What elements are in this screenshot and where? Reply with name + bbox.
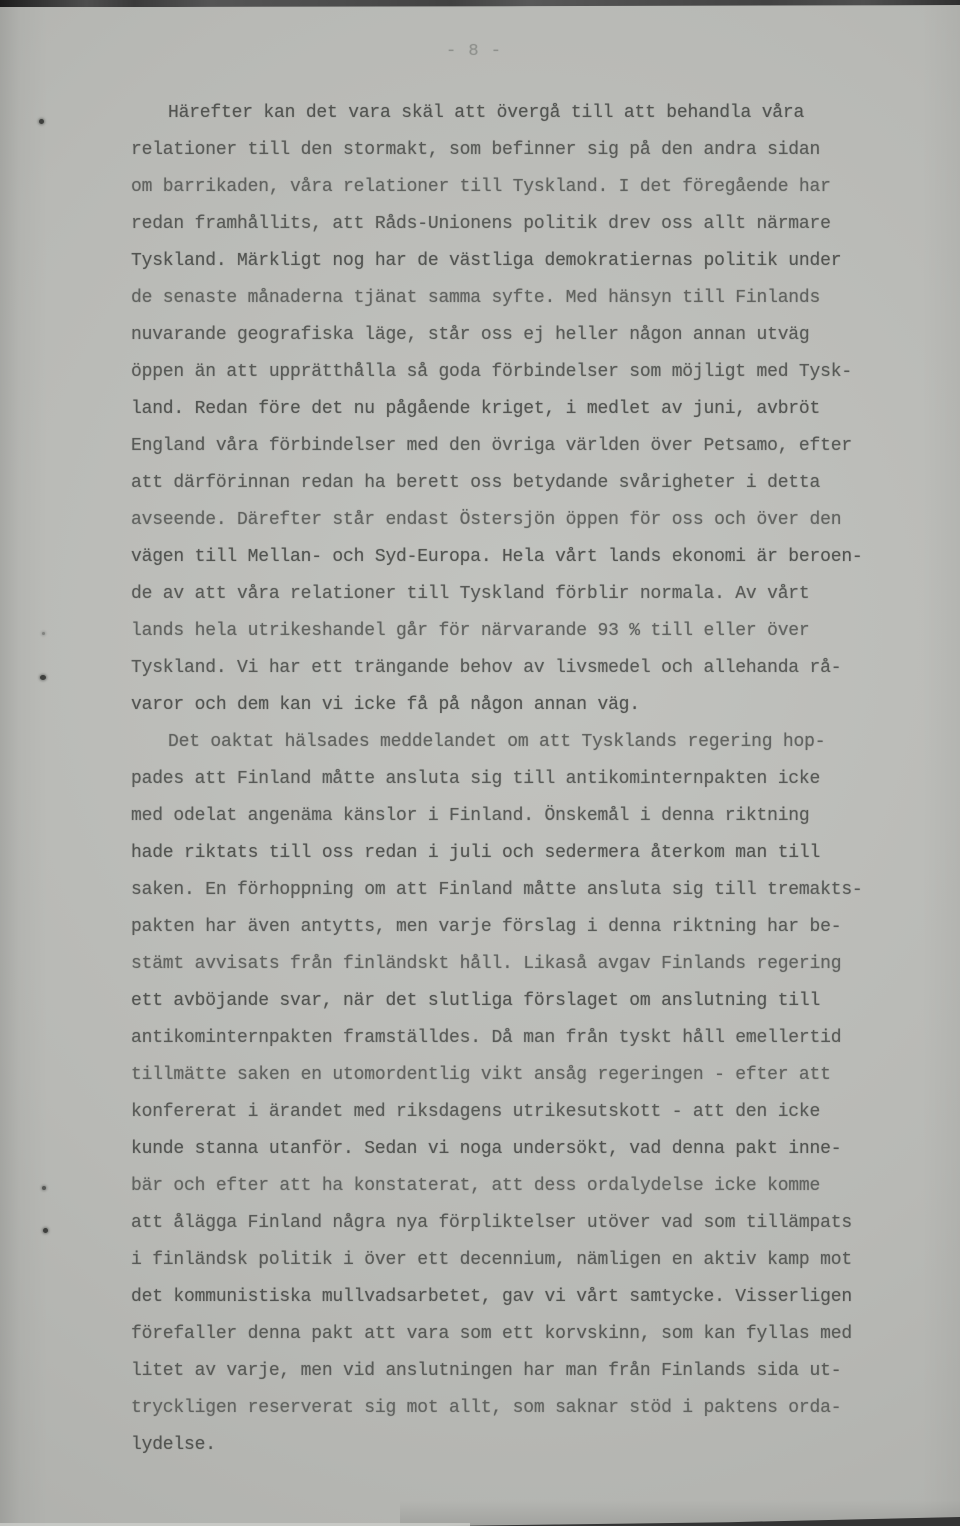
text-line: Tyskland. Märkligt nog har de västliga d… bbox=[131, 243, 901, 280]
text-line: det kommunistiska mullvadsarbetet, gav v… bbox=[131, 1279, 901, 1316]
text-line: de senaste månaderna tjänat samma syfte.… bbox=[131, 280, 901, 317]
text-line: land. Redan före det nu pågående kriget,… bbox=[131, 391, 901, 428]
text-line: Det oaktat hälsades meddelandet om att T… bbox=[131, 724, 901, 761]
text-line: saken. En förhoppning om att Finland måt… bbox=[131, 872, 901, 909]
margin-ink-dot bbox=[42, 1186, 46, 1190]
margin-ink-dot bbox=[39, 119, 44, 124]
text-line: om barrikaden, våra relationer till Tysk… bbox=[131, 169, 901, 206]
text-line: Härefter kan det vara skäl att övergå ti… bbox=[131, 95, 901, 132]
text-line: England våra förbindelser med den övriga… bbox=[131, 428, 901, 465]
margin-ink-dot bbox=[40, 675, 46, 680]
margin-ink-dot bbox=[43, 1228, 48, 1233]
text-line: Tyskland. Vi har ett trängande behov av … bbox=[131, 650, 901, 687]
text-line: förefaller denna pakt att vara som ett k… bbox=[131, 1316, 901, 1353]
page-number: - 8 - bbox=[446, 42, 502, 61]
text-line: lands hela utrikeshandel går för närvara… bbox=[131, 613, 901, 650]
text-line: pades att Finland måtte ansluta sig till… bbox=[131, 761, 901, 798]
text-line: avseende. Därefter står endast Östersjön… bbox=[131, 502, 901, 539]
text-line: tillmätte saken en utomordentlig vikt an… bbox=[131, 1057, 901, 1094]
document-body: Härefter kan det vara skäl att övergå ti… bbox=[131, 95, 901, 1464]
text-line: med odelat angenäma känslor i Finland. Ö… bbox=[131, 798, 901, 835]
text-line: relationer till den stormakt, som befinn… bbox=[131, 132, 901, 169]
scan-bottom-edge bbox=[445, 1516, 960, 1526]
text-line: att ålägga Finland några nya förpliktels… bbox=[131, 1205, 901, 1242]
text-line: tryckligen reserverat sig mot allt, som … bbox=[131, 1390, 901, 1427]
text-line: hade riktats till oss redan i juli och s… bbox=[131, 835, 901, 872]
text-line: nuvarande geografiska läge, står oss ej … bbox=[131, 317, 901, 354]
text-line: att därförinnan redan ha berett oss bety… bbox=[131, 465, 901, 502]
text-line: de av att våra relationer till Tyskland … bbox=[131, 576, 901, 613]
text-line: kunde stanna utanför. Sedan vi noga unde… bbox=[131, 1131, 901, 1168]
text-line: konfererat i ärandet med riksdagens utri… bbox=[131, 1094, 901, 1131]
margin-ink-dot bbox=[42, 632, 45, 635]
text-line: vägen till Mellan- och Syd-Europa. Hela … bbox=[131, 539, 901, 576]
text-line: öppen än att upprätthålla så goda förbin… bbox=[131, 354, 901, 391]
text-line: pakten har även antytts, men varje försl… bbox=[131, 909, 901, 946]
text-line: litet av varje, men vid anslutningen har… bbox=[131, 1353, 901, 1390]
text-line: ett avböjande svar, när det slutliga för… bbox=[131, 983, 901, 1020]
scan-top-edge bbox=[0, 0, 960, 7]
text-line: i finländsk politik i över ett decennium… bbox=[131, 1242, 901, 1279]
text-line: lydelse. bbox=[131, 1427, 901, 1464]
scanned-page: - 8 - Härefter kan det vara skäl att öve… bbox=[0, 0, 960, 1526]
text-line: redan framhållits, att Råds-Unionens pol… bbox=[131, 206, 901, 243]
text-line: stämt avvisats från finländskt håll. Lik… bbox=[131, 946, 901, 983]
text-line: bär och efter att ha konstaterat, att de… bbox=[131, 1168, 901, 1205]
text-line: antikominternpakten framställdes. Då man… bbox=[131, 1020, 901, 1057]
text-line: varor och dem kan vi icke få på någon an… bbox=[131, 687, 901, 724]
